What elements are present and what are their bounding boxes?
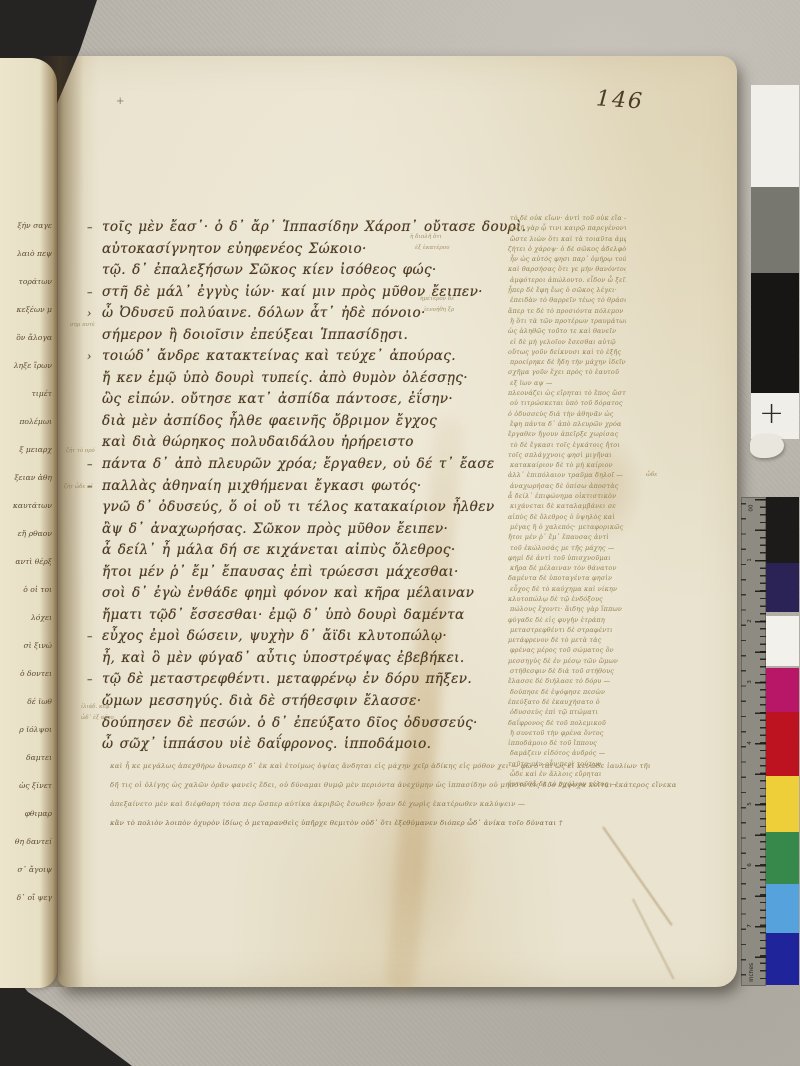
verse-text: ὦ Ὀδυσεῦ πολύαινε. δόλων ἆτ᾽ ἠδὲ πόνοιο· [102,305,426,321]
verse-line: ἤ κεν ἐμῷ ὑπὸ δουρὶ τυπείς. ἀπὸ θυμὸν ὀλ… [102,368,542,390]
bottom-scholia-line: καὶ ἦ κε μεγάλως ἀπεχθήρω ἄνωπερ δ᾽ ἐκ κ… [110,757,690,776]
photo-table-background: { "page": { "folio_number": "146", "corn… [0,0,800,1066]
ruler-number: 00 [749,504,755,511]
verse-text: ὦ σῶχ᾽ ἱππάσου υἱὲ δαΐφρονος. ἱπποδάμοιο… [102,736,431,752]
scholia-line: ἱπποδάμοιο δὲ τοῦ ἵππους [508,738,626,748]
scholia-line: καὶ θαρσήσας ὅτι γε μὴν θανόντος [508,264,626,274]
verse-text: σήμερον ἢ δοιοῖσιν ἐπεύξεαι Ἱππασίδῃσι. [102,327,408,343]
ruler-number: 3 [747,680,753,684]
scholia-line: οὕτως γοῦν δείκνυσι καὶ τὸ ἑξῆς [508,347,626,357]
verse-line: ὣς εἰπών. οὔτησε κατ᾽ ἀσπίδα πάντοσε, ἐΐ… [102,389,542,411]
verse-line: –τοῖς μὲν ἔασ᾽· ὁ δ᾽ ἄρ᾽ Ἱππασίδην Χάροπ… [102,217,542,239]
scholia-line: τὸ δὲ οὐκ εἴων· ἀντὶ τοῦ οὐκ εἴα — [510,213,626,223]
verse-line: –στῆ δὲ μάλ᾽ ἐγγὺς ἰών· καί μιν πρὸς μῦθ… [102,282,542,304]
scholia-line: τοῦ ἐκώλυσάς με τῆς μάχης — [510,543,626,553]
scholia-line: οὐ τιτρώσκεται ὑπὸ τοῦ δόρατος [510,398,626,408]
grayscale-patch-white [751,85,799,187]
scholia-line: ἔφη πάντα δ᾽ ἀπὸ πλευρῶν χρόα [510,419,626,429]
grayscale-patch-black [751,273,799,393]
interlinear-gloss: ϊενοήθη ξρ [424,307,454,313]
color-patch [766,668,799,712]
main-text-block: –τοῖς μὲν ἔασ᾽· ὁ δ᾽ ἄρ᾽ Ἱππασίδην Χάροπ… [102,217,542,756]
verse-text: τοιώδ᾽ ἄνδρε κατακτείνας καὶ τεύχε᾽ ἀπού… [102,348,456,364]
verse-line: ἦ, καὶ ὃ μὲν φύγαδ᾽ αὖτις ὑποστρέψας ἐβε… [102,648,542,670]
verse-text: γνῶ δ᾽ ὀδυσεύς, ὅ οἱ οὔ τι τέλος κατακαί… [102,499,494,515]
verse-text: ἦ, καὶ ὃ μὲν φύγαδ᾽ αὖτις ὑποστρέψας ἐβε… [102,650,465,666]
margin-note-left: ὧδ᾽ ἐξ αὐτο [81,715,114,721]
grayscale-target: + [751,85,799,439]
verse-text: εὖχος ἐμοὶ δώσειν, ψυχὴν δ᾽ ἄϊδι κλυτοπώ… [102,628,447,644]
registration-cross-icon: + [759,399,784,429]
scholia-line: ὀδυσσεὺς ἐπὶ τῷ πτώματι [510,707,626,717]
margin-mark: › [87,346,92,368]
scholia-line: φρένας μέρος τοῦ σώματος ὂν [510,645,626,655]
ruler-ticks-left [741,503,746,984]
margin-mark: – [87,669,93,691]
verse-line: ἂψ δ᾽ ἀναχωρήσας. Σῶκον πρὸς μῦθον ἔειπε… [102,519,542,541]
ruler-number: 1 [747,558,753,562]
scholia-line: κλυτοπώλῳ δὲ τῷ ἐνδόξους [508,594,626,604]
scholia-line: ἀρξῆ γὰρ ᾧ τινι καιρῷ παρεγένοντο [508,223,626,233]
verse-line: τῷ. δ᾽ ἐπαλεξήσων Σῶκος κίεν ἰσόθεος φώς… [102,260,542,282]
verse-text: ἤματι τῷδ᾽ ἔσσεσθαι· ἐμῷ δ᾽ ὑπὸ δουρὶ δα… [102,607,465,623]
interlinear-gloss: ἡ διπλῆ ὅτι [410,234,442,240]
verse-text: ἆ δείλ᾽ ἦ μάλα δή σε κιχάνεται αἰπὺς ὄλε… [102,542,456,558]
verse-line: –πάντα δ᾽ ἀπὸ πλευρῶν χρόα; ἔργαθεν, οὐ … [102,454,542,476]
scholia-line: ἀναχωρήσας δὲ ὀπίσω ἀποστὰς [510,481,626,491]
scholia-column: τὸ δὲ οὐκ εἴων· ἀντὶ τοῦ οὐκ εἴα —ἀρξῆ γ… [508,213,626,790]
scholia-line: τὸ δὲ ἔγκασι τοῖς ἐγκάτοις ἤτοι [510,440,626,450]
scholia-line: φημὶ δὲ ἀντὶ τοῦ ὑπισχνοῦμαι [508,553,626,563]
scholia-line: ἐπειδὰν τὸ θαρρεῖν τέως τὸ θράσος [510,295,626,305]
inches-ruler: 001234567 Inches [741,497,766,986]
scholia-line: αἰπὺς δὲ ὄλεθρος ὁ ὑψηλὸς καὶ [508,512,626,522]
ruler-label: Inches [749,963,755,982]
scholia-line: σχῆμα γοῦν ἔχει πρὸς τὸ ἑαυτοῦ [508,367,626,377]
verse-line: ἤτοι μέν ῥ᾽ ἔμ᾽ ἔπαυσας ἐπὶ τρώεσσι μάχε… [102,562,542,584]
bottom-scholia-line: ἀπεξαίνετο μὲν καὶ διέφθαρη τόσα περ ὥσπ… [110,795,690,814]
margin-mark: – [87,454,93,476]
scholia-line: δαμέντα δὲ ὑποταγέντα φησὶν [508,573,626,583]
scholia-line: μεταστρεφθέντι δὲ στραφέντι [510,625,626,635]
color-patch [766,884,799,933]
verse-text: παλλὰς ἀθηναίη μιχθήμεναι ἔγκασι φωτός· [102,478,422,494]
scholia-line: ἢ ὅτι τὰ τῶν προτέρων τραυμάτων — [510,316,626,326]
scholia-line: ἀμφότεροι ἀπώλοντο. εἶδον ὦ ξεῖνε [510,275,626,285]
color-patch [766,712,799,776]
parchment-crease [632,898,674,979]
margin-mark: – [87,626,93,648]
verse-text: τῷ δὲ μεταστρεφθέντι. μεταφρένῳ ἐν δόρυ … [102,671,472,687]
manuscript-page: 146 + –τοῖς μὲν ἔασ᾽· ὁ δ᾽ ἄρ᾽ Ἱππασίδην… [58,56,737,987]
ruler-number: 2 [747,619,753,623]
putty-blob [750,434,784,458]
verse-line: γνῶ δ᾽ ὀδυσεύς, ὅ οἱ οὔ τι τέλος κατακαί… [102,497,542,519]
scholia-line: ὡς ἀληθῶς τοῦτο τε καὶ θανεῖν [508,326,626,336]
margin-note-left: ἰλιάδ. κεφ. [81,704,111,710]
color-patch [766,832,799,884]
scholia-line: κιχάνεται δὲ καταλαμβάνει σε [510,501,626,511]
scholia-line: στήθεσφιν δὲ διὰ τοῦ στήθους [510,666,626,676]
margin-mark: – [87,217,93,239]
verse-text: πάντα δ᾽ ἀπὸ πλευρῶν χρόα; ἔργαθεν, οὐ δ… [102,456,494,472]
scholia-line: κατακαίριον δὲ τὸ μὴ καίριον [510,460,626,470]
verse-text: καὶ διὰ θώρηκος πολυδαιδάλου ἠρήρειστο [102,434,414,450]
verse-text: αὐτοκασίγνητον εὐηφενέος Σώκοιο· [102,241,367,257]
verse-text: δούπησεν δὲ πεσών. ὁ δ᾽ ἐπεύξατο δῖος ὀδ… [102,715,478,731]
ruler-number: 7 [747,924,753,928]
scholia-line: ἀλλ᾽ ἐπιπόλαιον τραῦμα δηλοῖ — [508,470,626,480]
color-calibration-patches [766,497,799,985]
ruler-number: 6 [747,863,753,867]
bottom-scholia-line: δῆ τις οἱ ὀλίγης ὡς χαλῶν ὁρᾶν φανεὶς ἔδ… [110,776,690,795]
color-patch [766,616,799,666]
scholia-line: τοῖς σπλάγχνοις φησὶ μιγῆναι [508,450,626,460]
color-patch [766,933,799,985]
verse-line: δούπησεν δὲ πεσών. ὁ δ᾽ ἐπεύξατο δῖος ὀδ… [102,713,542,735]
scholia-line: εἰ δὲ μὴ γελοῖον ἔσεσθαι αὐτῷ [510,337,626,347]
ruler-number: 5 [747,802,753,806]
verse-text: ὤμων μεσσηγύς. διὰ δὲ στήθεσφιν ἔλασσε· [102,693,421,709]
verse-line: ὦ σῶχ᾽ ἱππάσου υἱὲ δαΐφρονος. ἱπποδάμοιο… [102,734,542,756]
verse-text: τοῖς μὲν ἔασ᾽· ὁ δ᾽ ἄρ᾽ Ἱππασίδην Χάροπ᾽… [102,219,526,235]
scholia-line: προείρηκε δὲ ἤδη τὴν μάχην ἰδεῖν [510,357,626,367]
scholia-line: ᾗπερ δὲ ἔφη ἕως ὁ σῶκος λέγει· [508,285,626,295]
scholia-line: ὁ ὀδυσσεὺς διὰ τὴν ἀθηνᾶν ὡς [508,409,626,419]
verse-text: τῷ. δ᾽ ἐπαλεξήσων Σῶκος κίεν ἰσόθεος φώς… [102,262,437,278]
scholia-line: ἢ συνετοῦ τὴν φρένα ὄντος [510,728,626,738]
ruler-ticks-major [755,499,766,984]
verse-text: ἤτοι μέν ῥ᾽ ἔμ᾽ ἔπαυσας ἐπὶ τρώεσσι μάχε… [102,564,459,580]
verse-text: σοὶ δ᾽ ἐγὼ ἐνθάδε φημὶ φόνον καὶ κῆρα μέ… [102,585,474,601]
verse-text: ἂψ δ᾽ ἀναχωρήσας. Σῶκον πρὸς μῦθον ἔειπε… [102,521,448,537]
verse-text: διὰ μὲν ἀσπίδος ἦλθε φαεινῆς ὄβριμον ἔγχ… [102,413,437,429]
scholia-line: πλεονάζει ὡς εἴρηται τὸ ἔπος ὥστε [508,388,626,398]
scholia-line: φύγαδε δὲ εἰς φυγὴν ἐτράπη [508,615,626,625]
verse-line: ›ὦ Ὀδυσεῦ πολύαινε. δόλων ἆτ᾽ ἠδὲ πόνοιο… [102,303,542,325]
gutter-shadow [40,56,84,987]
scholia-line: δαΐφρονος δὲ τοῦ πολεμικοῦ [508,718,626,728]
verse-text: ὣς εἰπών. οὔτησε κατ᾽ ἀσπίδα πάντοσε, ἐΐ… [102,391,453,407]
scholia-line: ἐπεύξατο δὲ ἐκαυχήσατο ὁ [508,697,626,707]
verse-line: ἤματι τῷδ᾽ ἔσσεσθαι· ἐμῷ δ᾽ ὑπὸ δουρὶ δα… [102,605,542,627]
margin-mark: – [87,282,93,304]
corner-cross-mark: + [116,96,124,107]
verse-line: –τῷ δὲ μεταστρεφθέντι. μεταφρένῳ ἐν δόρυ… [102,669,542,691]
verse-line: ›τοιώδ᾽ ἄνδρε κατακτείνας καὶ τεύχε᾽ ἀπο… [102,346,542,368]
color-patch [766,776,799,832]
scholia-line: ὥστε λιὼν ὅτι καὶ τὰ τοιαῦτα ἀμφιβάλλει [510,234,626,244]
verse-line: –παλλὰς ἀθηναίη μιχθήμεναι ἔγκασι φωτός· [102,476,542,498]
verse-text: ἤ κεν ἐμῷ ὑπὸ δουρὶ τυπείς. ἀπὸ θυμὸν ὀλ… [102,370,468,386]
scholia-line: ζήτει ὁ χάροψ· ὁ δὲ σῶκος ἀδελφὸς [508,244,626,254]
scholia-line: ἔργαθεν ἤγουν ἀπεῖρξε χωρίσας [508,429,626,439]
grayscale-patch-gray [751,187,799,273]
scholia-line: εὖχος δὲ τὸ καύχημα καὶ νίκην [510,584,626,594]
interlinear-gloss: ἡμέτερον δὲ [420,296,454,302]
scholia-line: ἆ δείλ᾽ ἐπιφώνημα οἰκτιστικὸν [508,491,626,501]
scholia-line: ἤτοι μέν ῥ᾽ ἔμ᾽ ἔπαυσας ἀντὶ [508,532,626,542]
verse-line: ἆ δείλ᾽ ἦ μάλα δή σε κιχάνεται αἰπὺς ὄλε… [102,540,542,562]
verse-line: –εὖχος ἐμοὶ δώσειν, ψυχὴν δ᾽ ἄϊδι κλυτοπ… [102,626,542,648]
verse-line: σοὶ δ᾽ ἐγὼ ἐνθάδε φημὶ φόνον καὶ κῆρα μέ… [102,583,542,605]
scholia-line: ἄπερ τε δὲ τὸ προσιόντα πόλεμον [508,306,626,316]
scholia-line: κῆρα δὲ μέλαιναν τὸν θάνατον [510,563,626,573]
scholia-line: μεσσηγὺς δὲ ἐν μέσῳ τῶν ὤμων [508,656,626,666]
scholia-line: μετάφρενον δὲ τὸ μετὰ τὰς [508,635,626,645]
scholia-line: ἔλασσε δὲ διήλασε τὸ δόρυ — [508,676,626,686]
bottom-scholia-block: καὶ ἦ κε μεγάλως ἀπεχθήρω ἄνωπερ δ᾽ ἐκ κ… [110,757,690,833]
bottom-scholia-line: κἂν τὸ πολιὸν λοιπὸν ὀχυρὸν ἰδίως ὁ μετα… [110,814,690,833]
scholia-line: μέγας ἢ ὁ χαλεπός· μεταφορικῶς [510,522,626,532]
margin-note-right: ὧδε [646,472,657,478]
scholia-line: ἦν ὡς αὐτός φησι παρ᾽ ὁμήρῳ τούτων [510,254,626,264]
interlinear-gloss: ἐξ ἑκατέρου [415,245,449,251]
folio-number: 146 [595,86,645,114]
verse-line: ὤμων μεσσηγύς. διὰ δὲ στήθεσφιν ἔλασσε· [102,691,542,713]
registration-cross-patch: + [751,393,799,439]
verse-line: αὐτοκασίγνητον εὐηφενέος Σώκοιο· [102,239,542,261]
scholia-line: πώλους ἔχοντι· ἅιδης γὰρ ἵππων [510,604,626,614]
scholia-line: δούπησε δὲ ἐψόφησε πεσὼν [510,687,626,697]
verse-line: σήμερον ἢ δοιοῖσιν ἐπεύξεαι Ἱππασίδῃσι. [102,325,542,347]
color-patch [766,497,799,563]
verse-line: διὰ μὲν ἀσπίδος ἦλθε φαεινῆς ὄβριμον ἔγχ… [102,411,542,433]
ruler-number: 4 [747,741,753,745]
color-patch [766,563,799,612]
verse-line: καὶ διὰ θώρηκος πολυδαιδάλου ἠρήρειστο [102,432,542,454]
scholia-line: εξ ϊων αψ — [510,378,626,388]
